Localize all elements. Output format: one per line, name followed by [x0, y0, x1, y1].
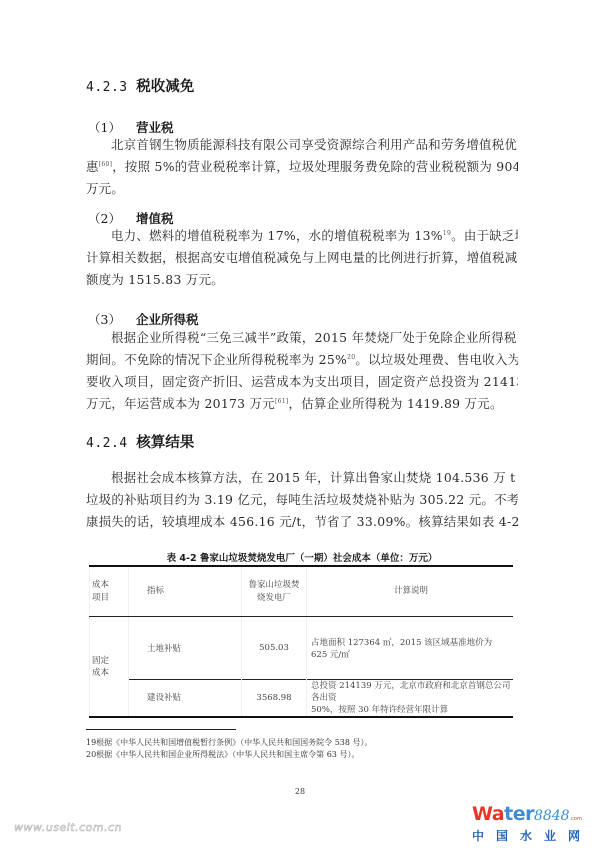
subsection-title: 营业税 — [136, 120, 174, 135]
text-line: 万元，年运营成本为 20173 万元[61]，估算企业所得税为 1419.89 … — [86, 393, 518, 415]
text-line: 电力、燃料的增值税税率为 17%，水的增值税税率为 13%19。由于缺乏增值税 — [86, 225, 518, 247]
section-title: 核算结果 — [136, 435, 194, 451]
group-label-fixed-cost: 固定成本 — [90, 617, 129, 718]
table-header-row: 成本项目 指标 鲁家山垃圾焚烧发电厂 计算说明 — [90, 566, 514, 617]
watermark-url: www.useit.com.cn — [14, 821, 122, 834]
citation-ref: [61] — [275, 398, 289, 405]
cell-value: 3568.98 — [242, 680, 307, 718]
water8848-logo: Water8848.com 中国水业网 — [472, 805, 592, 845]
table-row: 建设补贴 3568.98 总投资 214139 万元，北京市政府和北京首钢总公司… — [90, 680, 514, 718]
section-heading-4-2-3: 4.2.3 税收减免 — [86, 75, 194, 96]
header-cost-item: 成本项目 — [90, 566, 129, 617]
text-line: 根据社会成本核算方法，在 2015 年，计算出鲁家山焚烧 104.536 万 t… — [86, 467, 518, 489]
cell-explanation: 总投资 214139 万元，北京市政府和北京首钢总公司各出资50%，按照 30 … — [307, 680, 514, 718]
paragraph-results: 根据社会成本核算方法，在 2015 年，计算出鲁家山焚烧 104.536 万 t… — [86, 467, 518, 533]
subsection-title: 增值税 — [136, 211, 174, 226]
text-line: 要收入项目，固定资产折旧、运营成本为支出项目，固定资产总投资为 214139 — [86, 371, 518, 393]
section-heading-4-2-4: 4.2.4 核算结果 — [86, 431, 194, 452]
header-indicator: 指标 — [129, 566, 242, 617]
cell-indicator: 建设补贴 — [129, 680, 242, 718]
text-line: 期间。不免除的情况下企业所得税税率为 25%20。以垃圾处理费、售电收入为主 — [86, 349, 518, 371]
paragraph-business-tax: 北京首钢生物质能源科技有限公司享受资源综合利用产品和劳务增值税优 惠[60]，按… — [86, 134, 518, 200]
header-explanation: 计算说明 — [307, 566, 514, 617]
text-line: 北京首钢生物质能源科技有限公司享受资源综合利用产品和劳务增值税优 — [86, 134, 518, 156]
table-caption: 表 4-2 鲁家山垃圾焚烧发电厂（一期）社会成本（单位：万元） — [86, 550, 518, 564]
table-row: 固定成本 土地补贴 505.03 占地面积 127364 ㎡，2015 该区域基… — [90, 617, 514, 680]
paragraph-income-tax: 根据企业所得税“三免三减半”政策，2015 年焚烧厂处于免除企业所得税 期间。不… — [86, 327, 518, 415]
section-number: 4.2.3 — [86, 80, 128, 95]
text-line: 额度为 1515.83 万元。 — [86, 269, 518, 291]
text-line: 万元。 — [86, 178, 518, 200]
section-number: 4.2.4 — [86, 436, 128, 451]
paragraph-vat: 电力、燃料的增值税税率为 17%，水的增值税税率为 13%19。由于缺乏增值税 … — [86, 225, 518, 291]
section-title: 税收减免 — [136, 79, 194, 95]
cell-indicator: 土地补贴 — [129, 617, 242, 680]
subsection-number: （3） — [88, 310, 132, 328]
text-line: 垃圾的补贴项目约为 3.19 亿元，每吨生活垃圾焚烧补贴为 305.22 元。不… — [86, 489, 518, 511]
text-line: 根据企业所得税“三免三减半”政策，2015 年焚烧厂处于免除企业所得税 — [86, 327, 518, 349]
footnote-20: 20根据《中华人民共和国企业所得税法》（中华人民共和国主席令第 63 号）。 — [86, 749, 373, 761]
footnote-divider — [86, 729, 236, 730]
document-page: 4.2.3 税收减免 （1） 营业税 北京首钢生物质能源科技有限公司享受资源综合… — [0, 0, 600, 848]
citation-ref: [60] — [99, 161, 113, 168]
logo-chinese-name: 中国水业网 — [472, 827, 592, 844]
cell-value: 505.03 — [242, 617, 307, 680]
page-number: 28 — [0, 787, 600, 796]
footnotes: 19根据《中华人民共和国增值税暂行条例》（中华人民共和国国务院令 538 号）。… — [86, 737, 373, 761]
subsection-heading-income-tax: （3） 企业所得税 — [88, 310, 199, 328]
text-line: 惠[60]，按照 5%的营业税税率计算，垃圾处理服务费免除的营业税税额为 904… — [86, 156, 518, 178]
cell-explanation: 占地面积 127364 ㎡，2015 该区域基准地价为 625 元/㎡ — [307, 617, 514, 680]
footnote-19: 19根据《中华人民共和国增值税暂行条例》（中华人民共和国国务院令 538 号）。 — [86, 737, 373, 749]
text-line: 计算相关数据，根据高安屯增值税减免与上网电量的比例进行折算，增值税减免 — [86, 247, 518, 269]
social-cost-table: 成本项目 指标 鲁家山垃圾焚烧发电厂 计算说明 固定成本 土地补贴 505.03… — [89, 565, 513, 718]
header-plant: 鲁家山垃圾焚烧发电厂 — [242, 566, 307, 617]
subsection-title: 企业所得税 — [136, 312, 199, 327]
footnote-ref: 19 — [443, 230, 451, 237]
text-line: 康损失的话，较填埋成本 456.16 元/t，节省了 33.09%。核算结果如表… — [86, 511, 518, 533]
logo-wordmark: Water8848.com — [472, 805, 592, 823]
